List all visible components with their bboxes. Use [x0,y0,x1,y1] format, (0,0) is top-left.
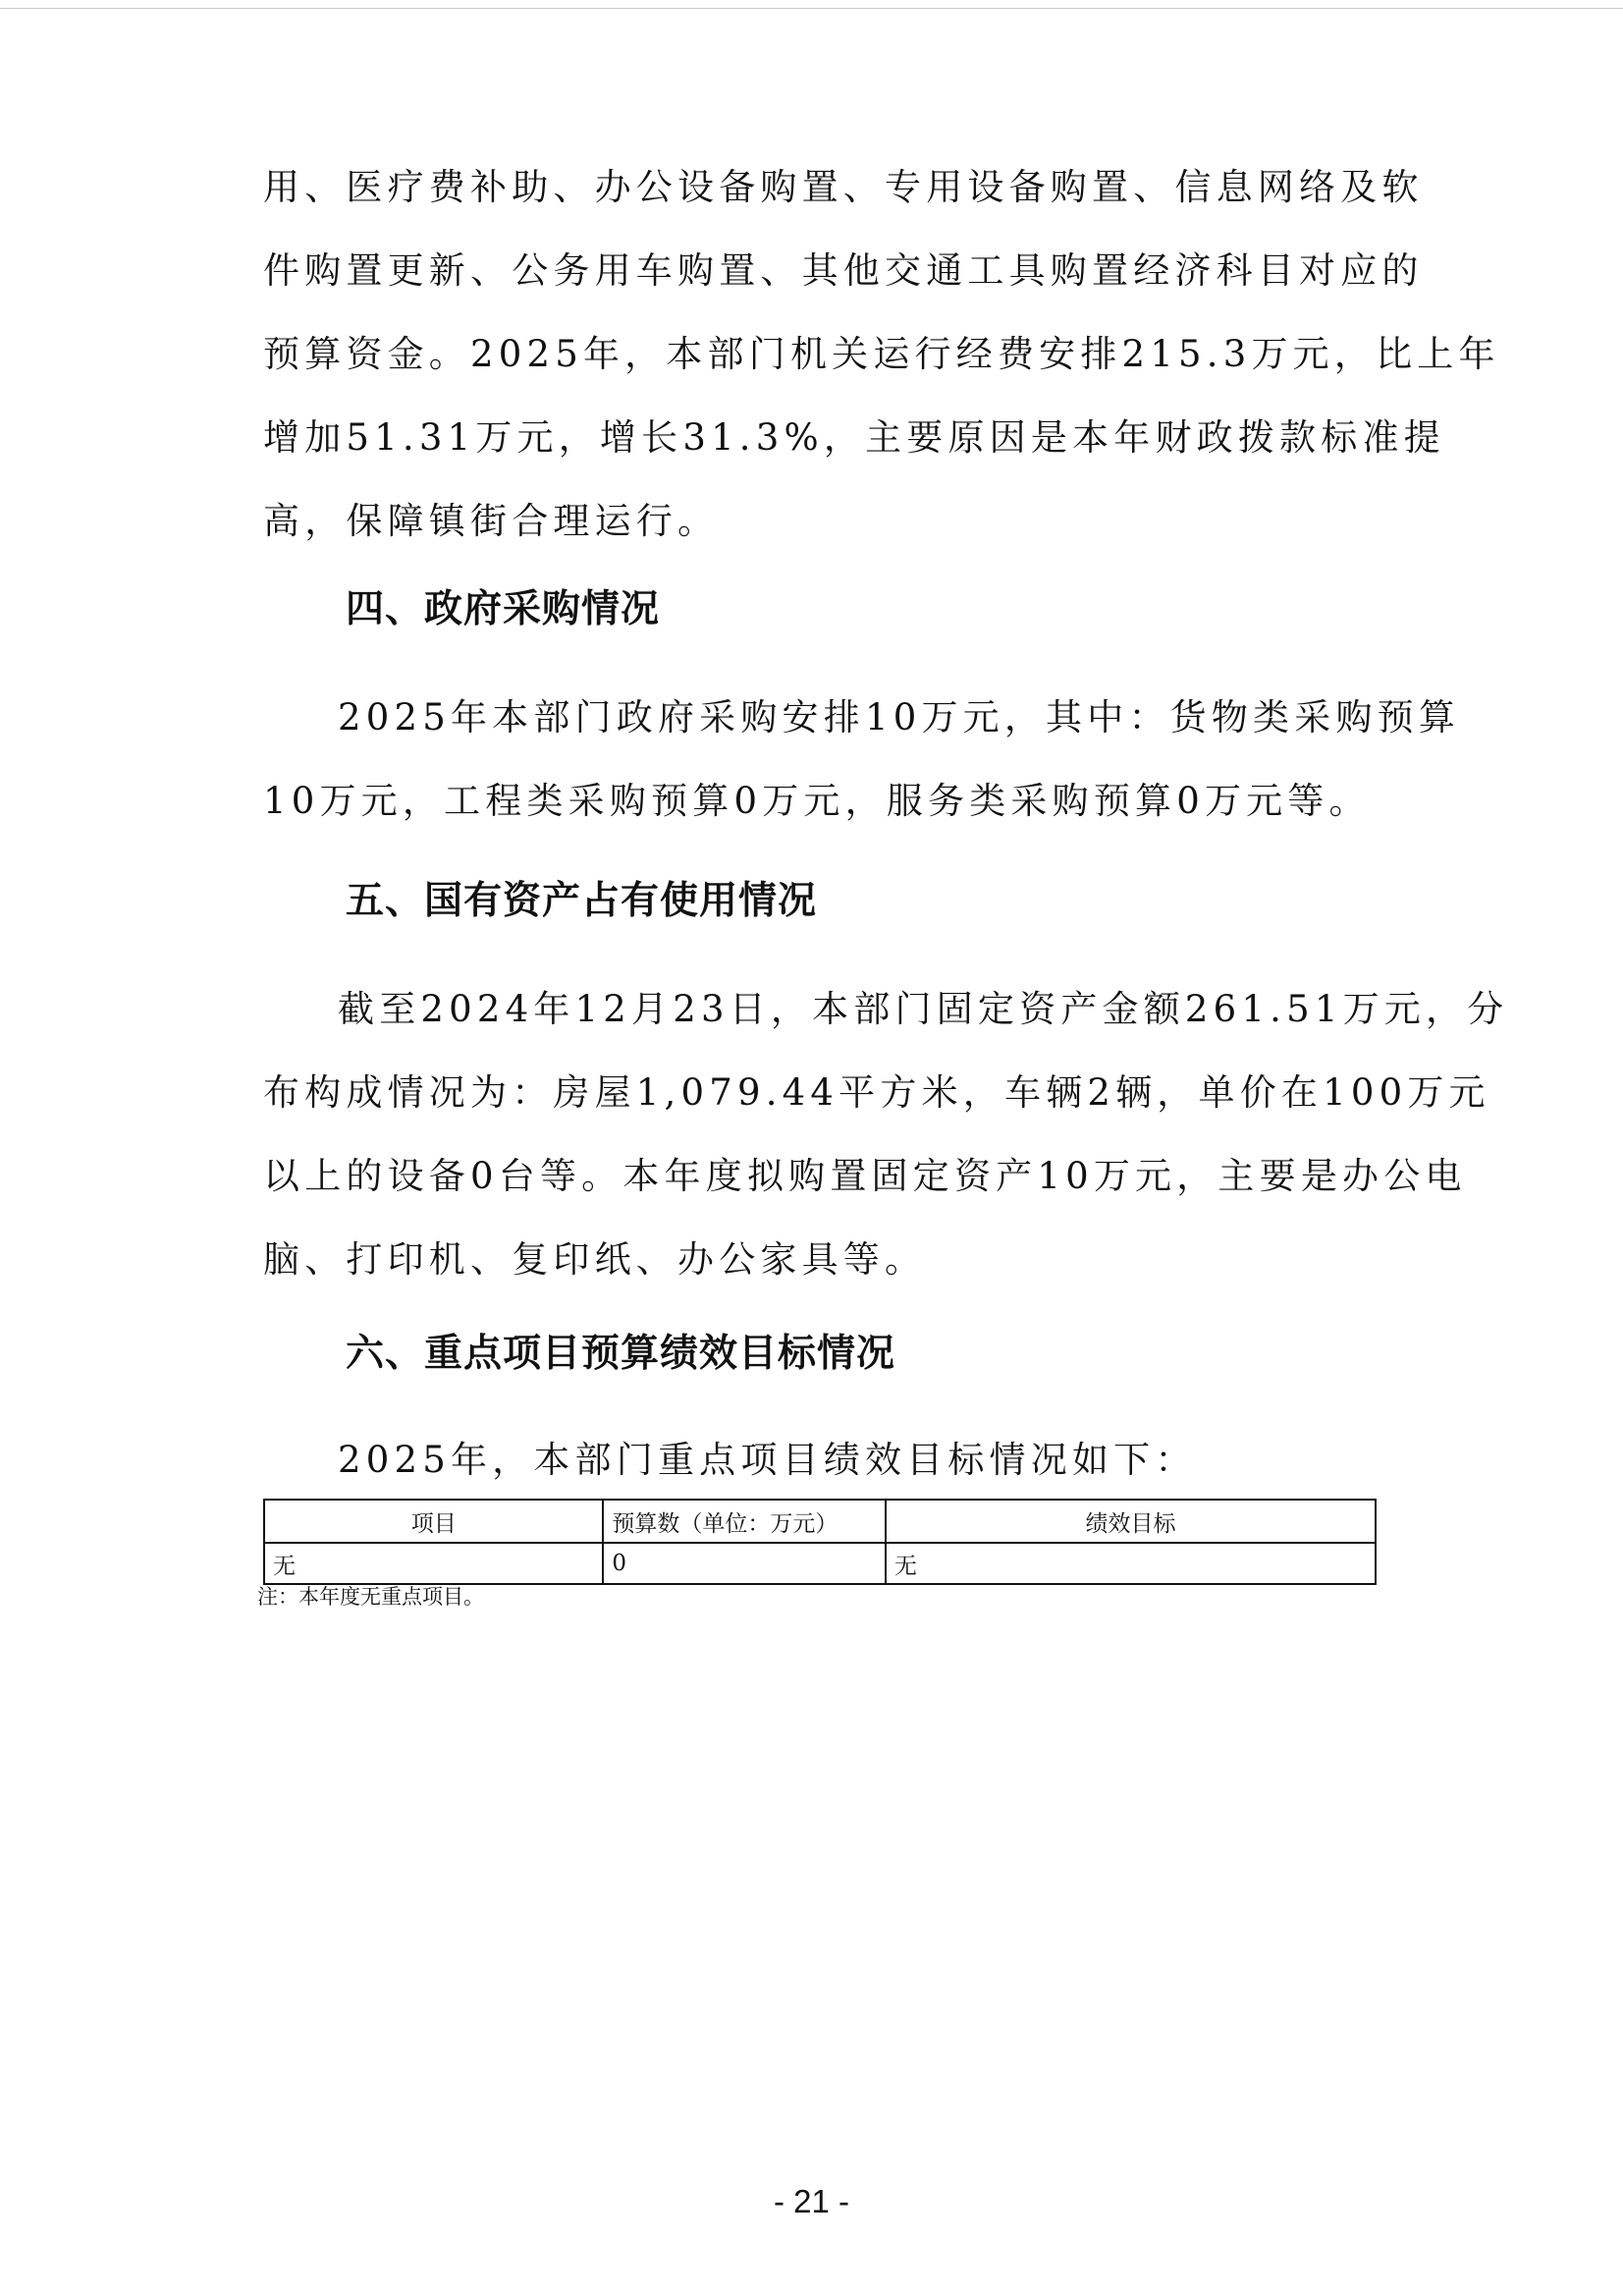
table-intro-text: 2025年，本部门重点项目绩效目标情况如下： [338,1436,1197,1485]
section-heading-performance-goals: 六、重点项目预算绩效目标情况 [346,1330,895,1379]
document-page: 用、医疗费补助、办公设备购置、专用设备购置、信息网络及软 件购置更新、公务用车购… [0,0,1623,2296]
column-header-project: 项目 [264,1500,603,1543]
paragraph-line: 用、医疗费补助、办公设备购置、专用设备购置、信息网络及软 [263,163,1424,212]
paragraph-line: 2025年本部门政府采购安排10万元，其中：货物类采购预算 [338,693,1460,742]
performance-goals-table: 项目 预算数（单位：万元） 绩效目标 无 0 无 [263,1499,1377,1585]
section-heading-state-assets: 五、国有资产占有使用情况 [346,877,817,926]
paragraph-line: 件购置更新、公务用车购置、其他交通工具购置经济科目对应的 [263,246,1424,296]
table-header-row: 项目 预算数（单位：万元） 绩效目标 [264,1500,1376,1543]
cell-project: 无 [264,1543,603,1584]
column-header-performance-goal: 绩效目标 [886,1500,1376,1543]
page-number: - 21 - [0,2182,1623,2221]
column-header-budget: 预算数（单位：万元） [603,1500,886,1543]
paragraph-line: 脑、打印机、复印纸、办公家具等。 [263,1235,926,1285]
paragraph-line: 布构成情况为：房屋1,079.44平方米，车辆2辆，单价在100万元 [263,1068,1490,1118]
paragraph-line: 截至2024年12月23日，本部门固定资产金额261.51万元，分 [338,985,1508,1034]
paragraph-line: 10万元，工程类采购预算0万元，服务类采购预算0万元等。 [263,777,1371,826]
paragraph-line: 以上的设备0台等。本年度拟购置固定资产10万元，主要是办公电 [263,1152,1467,1201]
paragraph-line: 增加51.31万元，增长31.3%，主要原因是本年财政拨款标准提 [263,413,1445,463]
table-note: 注：本年度无重点项目。 [257,1583,484,1611]
table-row: 无 0 无 [264,1543,1376,1584]
section-heading-procurement: 四、政府采购情况 [346,585,660,634]
cell-performance-goal: 无 [886,1543,1376,1584]
paragraph-line: 预算资金。2025年，本部门机关运行经费安排215.3万元，比上年 [263,330,1500,379]
paragraph-line: 高，保障镇街合理运行。 [263,497,719,546]
cell-budget: 0 [603,1543,886,1584]
